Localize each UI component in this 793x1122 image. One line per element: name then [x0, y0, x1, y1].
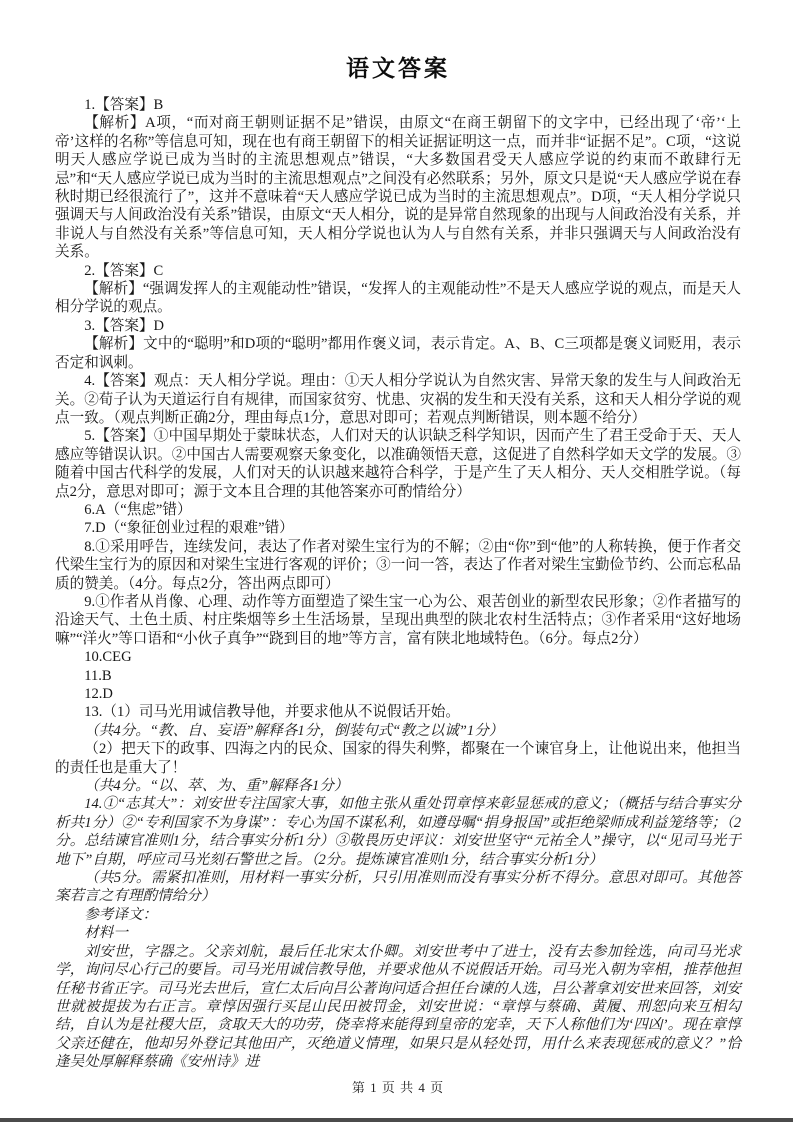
answer-12: 12.D: [55, 685, 741, 703]
answer-4: 4.【答案】观点：天人相分学说。理由：①天人相分学说认为自然灾害、异常天象的发生…: [55, 372, 741, 427]
answer-1: 1.【答案】B: [55, 96, 741, 114]
analysis-3: 【解析】文中的“聪明”和D项的“聪明”都用作褒义词，表示肯定。A、B、C三项都是…: [55, 335, 741, 372]
answer-13-1: 13.（1）司马光用诚信教导他，并要求他从不说假话开始。: [55, 703, 741, 721]
answer-10: 10.CEG: [55, 648, 741, 666]
answer-6: 6.A（“焦虑”错）: [55, 501, 741, 519]
answer-13-2: （2）把天下的政事、四海之内的民众、国家的得失利弊，都聚在一个谏官身上，让他说出…: [55, 740, 741, 777]
answer-8: 8.①采用呼告，连续发问，表达了作者对梁生宝行为的不解；②由“你”到“他”的人称…: [55, 538, 741, 593]
translation-paragraph: 刘安世，字器之。父亲刘航，最后任北宋太仆卿。刘安世考中了进士，没有去参加铨选，向…: [55, 943, 741, 1072]
material-one-label: 材料一: [55, 924, 741, 942]
answer-7: 7.D（“象征创业过程的艰难”错）: [55, 519, 741, 537]
analysis-1: 【解析】A项，“而对商王朝则证据不足”错误，由原文“在商王朝留下的文字中，已经出…: [55, 114, 741, 261]
document-body: 1.【答案】B 【解析】A项，“而对商王朝则证据不足”错误，由原文“在商王朝留下…: [55, 96, 741, 1072]
answer-3: 3.【答案】D: [55, 317, 741, 335]
score-note-13-2: （共4分。“以、萃、为、重”解释各1分）: [55, 777, 741, 795]
answer-11: 11.B: [55, 667, 741, 685]
document-content: 语文答案 1.【答案】B 【解析】A项，“而对商王朝则证据不足”错误，由原文“在…: [0, 0, 793, 1096]
answer-5: 5.【答案】①中国早期处于蒙昧状态，人们对天的认识缺乏科学知识，因而产生了君王受…: [55, 427, 741, 501]
page-title: 语文答案: [55, 50, 741, 83]
translation-heading: 参考译文：: [55, 906, 741, 924]
answer-2: 2.【答案】C: [55, 262, 741, 280]
page-footer: 第 1 页 共 4 页: [55, 1077, 741, 1096]
score-note-14: （共5分。需紧扣准则，用材料一事实分析，只引用准则而没有事实分析不得分。意思对即…: [55, 869, 741, 906]
score-note-13-1: （共4分。“教、自、妄语”解释各1分，倒装句式“教之以诚”1分）: [55, 722, 741, 740]
answer-14: 14.①“志其大”：刘安世专注国家大事，如他主张从重处罚章惇来彰显惩戒的意义；（…: [55, 795, 741, 869]
analysis-2: 【解析】“强调发挥人的主观能动性”错误，“发挥人的主观能动性”不是天人感应学说的…: [55, 280, 741, 317]
scan-edge-line: [0, 1118, 793, 1122]
answer-9: 9.①作者从肖像、心理、动作等方面塑造了梁生宝一心为公、艰苦创业的新型农民形象；…: [55, 593, 741, 648]
document-page: 语文答案 1.【答案】B 【解析】A项，“而对商王朝则证据不足”错误，由原文“在…: [0, 0, 793, 1122]
